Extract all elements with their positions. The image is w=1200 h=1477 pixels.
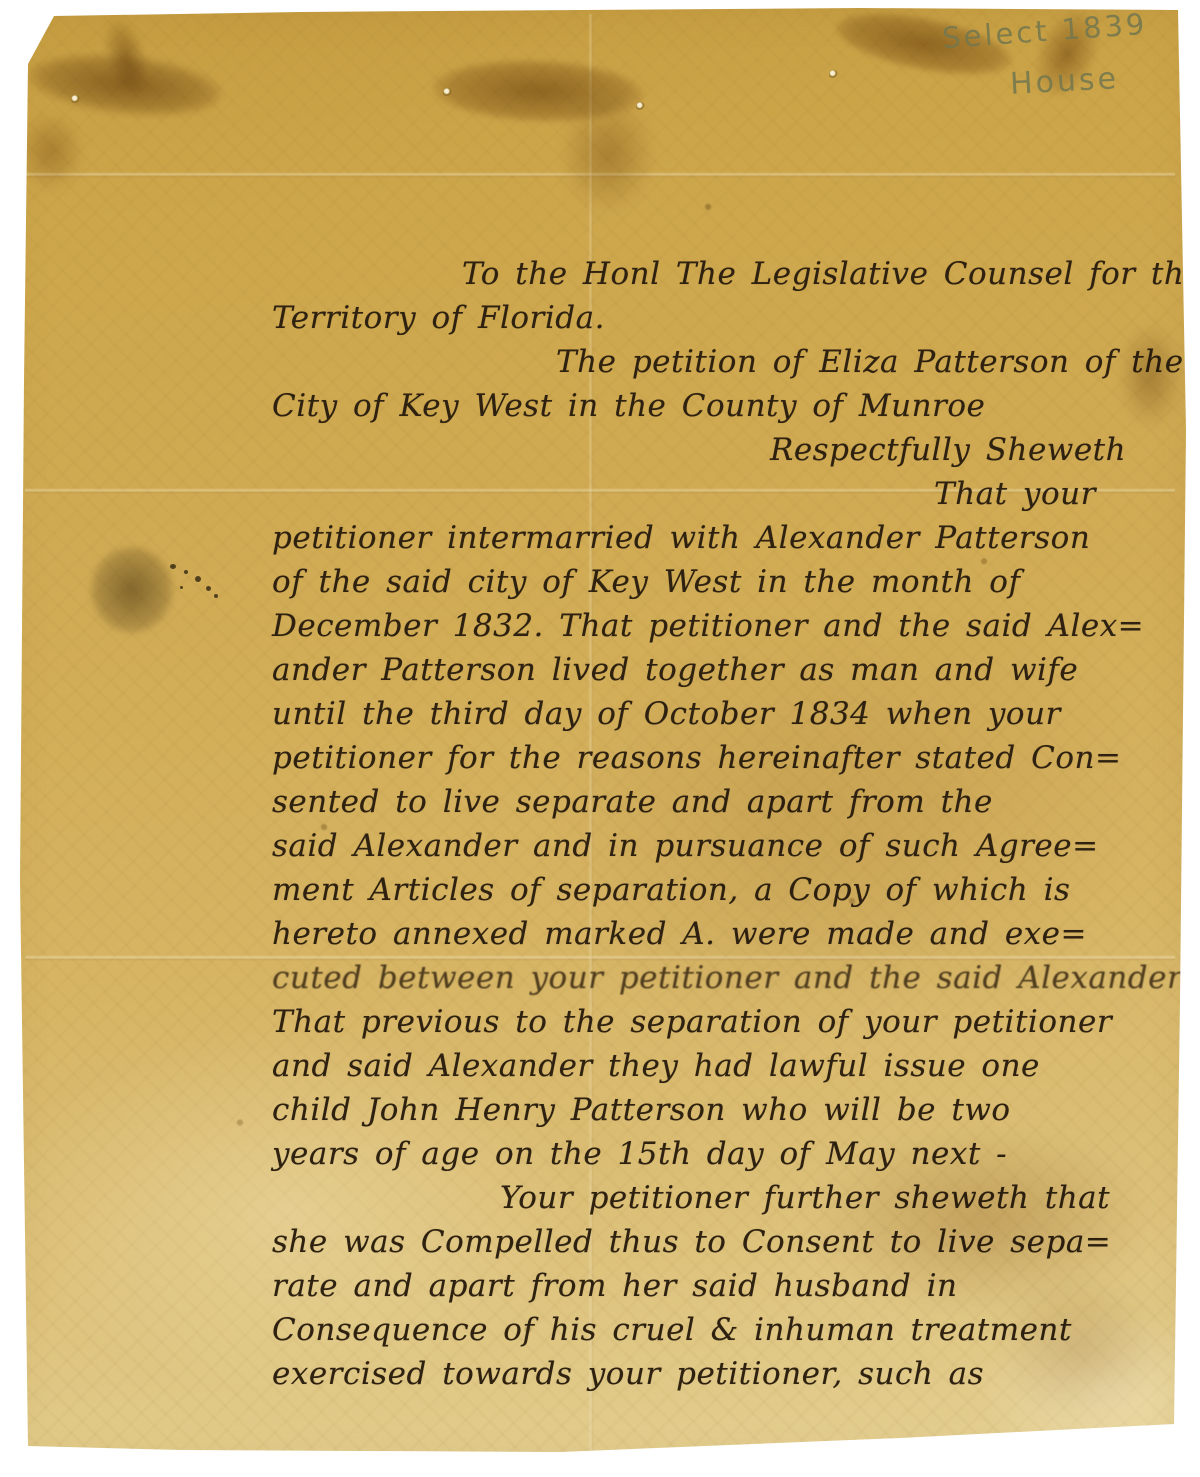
ink-spatter <box>168 560 228 606</box>
manuscript-line: petitioner for the reasons hereinafter s… <box>272 736 1162 780</box>
stain-tape-residue <box>431 56 645 125</box>
manuscript-line: rate and apart from her said husband in <box>272 1264 1162 1308</box>
manuscript-line: of the said city of Key West in the mont… <box>272 560 1162 604</box>
manuscript-line: petitioner intermarried with Alexander P… <box>272 516 1162 560</box>
ink-dot <box>214 594 218 598</box>
manuscript-line: hereto annexed marked A. were made and e… <box>272 912 1162 956</box>
manuscript-line: To the Honl The Legislative Counsel for … <box>462 252 1162 296</box>
manuscript-line: she was Compelled thus to Consent to liv… <box>272 1220 1162 1264</box>
ink-dot <box>195 576 201 582</box>
manuscript-line: years of age on the 15th day of May next… <box>272 1132 1162 1176</box>
petition-text: To the Honl The Legislative Counsel for … <box>272 252 1162 1396</box>
manuscript-line: Your petitioner further sheweth that <box>500 1176 1162 1220</box>
manuscript-line: cuted between your petitioner and the sa… <box>272 956 1162 1000</box>
manuscript-line: child John Henry Patterson who will be t… <box>272 1088 1162 1132</box>
stain-tape-runoff <box>560 96 656 214</box>
manuscript-line: December 1832. That petitioner and the s… <box>272 604 1162 648</box>
manuscript-paper: To the Honl The Legislative Counsel for … <box>0 0 1200 1477</box>
manuscript-line: until the third day of October 1834 when… <box>272 692 1162 736</box>
manuscript-line: Territory of Florida. <box>272 296 1162 340</box>
manuscript-line: Respectfully Sheweth <box>770 428 1162 472</box>
manuscript-line: sented to live separate and apart from t… <box>272 780 1162 824</box>
ink-dot <box>180 586 183 589</box>
manuscript-line: That previous to the separation of your … <box>272 1000 1162 1044</box>
ink-smudge <box>90 546 174 634</box>
manuscript-line: and said Alexander they had lawful issue… <box>272 1044 1162 1088</box>
stain-left-edge <box>18 112 84 192</box>
stain-top-right <box>831 1 1018 86</box>
pin-hole <box>443 88 452 97</box>
pencil-annotation-select: Select 1839 <box>941 7 1148 55</box>
manuscript-line: The petition of Eliza Patterson of the <box>556 340 1162 384</box>
fold-crease <box>25 172 1175 178</box>
pin-hole <box>71 95 80 104</box>
ink-dot <box>184 570 188 574</box>
pin-hole <box>636 102 645 111</box>
ink-dot <box>206 586 211 591</box>
ink-dot <box>170 564 176 569</box>
pencil-annotation-house: House <box>1009 61 1120 102</box>
manuscript-line: Consequence of his cruel & inhuman treat… <box>272 1308 1162 1352</box>
manuscript-line: That your <box>934 472 1162 516</box>
pin-hole <box>829 70 838 79</box>
manuscript-line: exercised towards your petitioner, such … <box>272 1352 1162 1396</box>
stain-top-right-streak <box>1022 0 1112 108</box>
manuscript-line: said Alexander and in pursuance of such … <box>272 824 1162 868</box>
stain-top-left-streak <box>95 12 157 99</box>
manuscript-line: ander Patterson lived together as man an… <box>272 648 1162 692</box>
stain-top-left <box>26 46 226 124</box>
manuscript-line: ment Articles of separation, a Copy of w… <box>272 868 1162 912</box>
manuscript-line: City of Key West in the County of Munroe <box>272 384 1162 428</box>
